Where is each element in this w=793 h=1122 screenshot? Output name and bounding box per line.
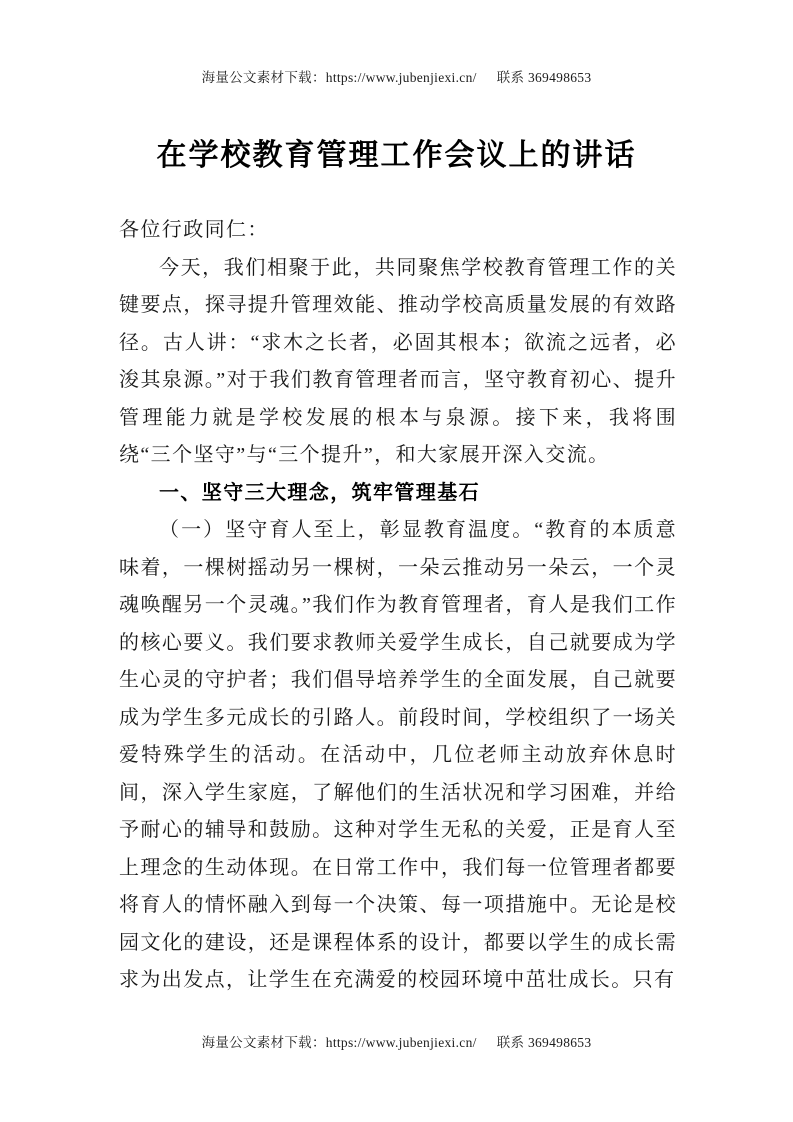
document-page: 海量公文素材下载：https://www.jubenjiexi.cn/联系 36… xyxy=(0,0,793,1122)
page-footer: 海量公文素材下载：https://www.jubenjiexi.cn/联系 36… xyxy=(0,1031,793,1051)
paragraph-intro: 今天，我们相聚于此，共同聚焦学校教育管理工作的关键要点，探寻提升管理效能、推动学… xyxy=(119,250,677,475)
salutation-line: 各位行政同仁： xyxy=(119,212,677,250)
section-heading-1: 一、坚守三大理念，筑牢管理基石 xyxy=(119,475,677,513)
footer-contact-text: 联系 369498653 xyxy=(497,1035,592,1050)
paragraph-section-1: （一）坚守育人至上，彰显教育温度。“教育的本质意味着，一棵树摇动另一棵树，一朵云… xyxy=(119,512,677,1000)
header-contact-text: 联系 369498653 xyxy=(497,70,592,85)
document-title: 在学校教育管理工作会议上的讲话 xyxy=(0,130,793,174)
footer-download-label: 海量公文素材下载： xyxy=(202,1035,326,1050)
header-url-text: https://www.jubenjiexi.cn/ xyxy=(326,70,477,85)
header-download-label: 海量公文素材下载： xyxy=(202,70,326,85)
document-body: 各位行政同仁： 今天，我们相聚于此，共同聚焦学校教育管理工作的关键要点，探寻提升… xyxy=(119,212,677,1000)
page-header: 海量公文素材下载：https://www.jubenjiexi.cn/联系 36… xyxy=(0,66,793,86)
footer-url-text: https://www.jubenjiexi.cn/ xyxy=(326,1035,477,1050)
